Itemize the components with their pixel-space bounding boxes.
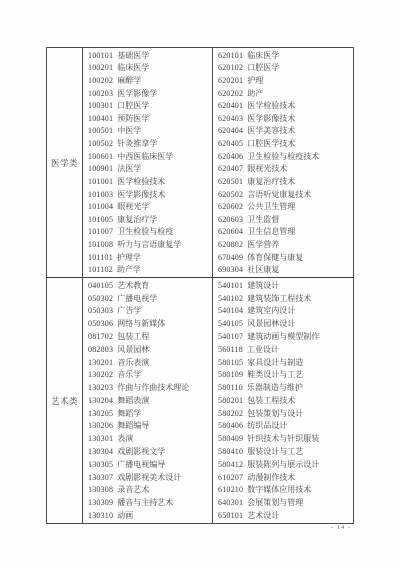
major-row: 620102口腔医学 (218, 63, 353, 72)
major-row: 101008听力与言语康复学 (88, 240, 212, 249)
major-code: 540104 (218, 306, 243, 315)
major-row: 580202包装策划与设计 (218, 409, 353, 418)
major-row: 620202助产 (218, 89, 353, 98)
major-name: 广播电视编导 (117, 460, 165, 469)
major-row: 130205舞蹈学 (88, 409, 212, 418)
major-code: 101102 (88, 265, 113, 274)
major-name: 麻醉学 (117, 76, 141, 85)
major-code: 620403 (218, 114, 243, 123)
major-row: 040105艺术教育 (88, 281, 212, 290)
page-number: - 14 - (323, 524, 359, 531)
major-name: 临床医学 (117, 63, 149, 72)
major-code: 620102 (218, 63, 243, 72)
major-name: 戏剧影视美术设计 (117, 473, 181, 482)
major-name: 建筑装饰工程技术 (247, 294, 311, 303)
major-row: 050302广播电视学 (88, 294, 212, 303)
major-name: 护理 (247, 76, 263, 85)
major-row: 130310动画 (88, 511, 212, 520)
major-name: 助产 (247, 89, 263, 98)
major-row: 081702包装工程 (88, 332, 212, 341)
major-code: 580409 (218, 434, 243, 443)
major-row: 620404医学美容技术 (218, 126, 353, 135)
category-label: 医学类 (47, 48, 83, 277)
major-row: 610210数字媒体应用技术 (218, 485, 353, 494)
major-name: 医学检验技术 (117, 177, 165, 186)
major-name: 纺织品设计 (247, 421, 287, 430)
major-code: 130201 (88, 358, 113, 367)
major-row: 620501康复治疗技术 (218, 177, 353, 186)
major-name: 言语听觉康复技术 (247, 190, 311, 199)
major-row: 100201临床医学 (88, 63, 212, 72)
left-majors-column: 100101基础医学100201临床医学100202麻醉学100203医学影像学… (83, 48, 213, 277)
major-code: 130305 (88, 460, 113, 469)
major-row: 050306网络与新媒体 (88, 319, 212, 328)
major-name: 中医学 (117, 126, 141, 135)
major-name: 鞋类设计与工艺 (247, 370, 303, 379)
major-code: 620405 (218, 139, 243, 148)
major-code: 620406 (218, 152, 243, 161)
category-section-medical: 医学类100101基础医学100201临床医学100202麻醉学100203医学… (47, 48, 353, 277)
major-code: 100101 (88, 51, 113, 60)
major-code: 620501 (218, 177, 243, 186)
major-name: 口腔医学 (247, 63, 279, 72)
category-section-art: 艺术类040105艺术教育050302广播电视学050303广告学050306网… (47, 277, 353, 523)
major-row: 690304社区康复 (218, 265, 353, 274)
major-row: 101101护理学 (88, 253, 212, 262)
major-code: 082803 (88, 345, 113, 354)
major-name: 口腔医学 (117, 101, 149, 110)
category-label: 艺术类 (47, 278, 83, 523)
major-code: 540105 (218, 319, 243, 328)
major-code: 100202 (88, 76, 113, 85)
right-majors-column: 620101临床医学620102口腔医学620201护理620202助产6204… (213, 48, 353, 277)
major-row: 101005康复治疗学 (88, 215, 212, 224)
major-name: 包装策划与设计 (247, 409, 303, 418)
major-name: 作曲与作曲技术理论 (117, 383, 189, 392)
major-name: 工业设计 (247, 345, 279, 354)
major-code: 101001 (88, 177, 113, 186)
major-code: 081702 (88, 332, 113, 341)
major-name: 康复治疗技术 (247, 177, 295, 186)
major-code: 050302 (88, 294, 113, 303)
major-code: 130204 (88, 396, 113, 405)
major-name: 戏剧影视文学 (117, 447, 165, 456)
major-row: 580406纺织品设计 (218, 421, 353, 430)
major-name: 卫生监督 (247, 215, 279, 224)
major-row: 101003医学影像技术 (88, 190, 212, 199)
major-code: 050303 (88, 306, 113, 315)
major-name: 护理学 (117, 253, 141, 262)
major-code: 620202 (218, 89, 243, 98)
major-row: 100202麻醉学 (88, 76, 212, 85)
major-code: 130307 (88, 473, 113, 482)
major-row: 620201护理 (218, 76, 353, 85)
major-code: 130202 (88, 370, 113, 379)
major-code: 101003 (88, 190, 113, 199)
major-row: 130304戏剧影视文学 (88, 447, 212, 456)
major-row: 130203作曲与作曲技术理论 (88, 383, 212, 392)
major-name: 包装工程 (117, 332, 149, 341)
major-name: 数字媒体应用技术 (247, 485, 311, 494)
major-name: 舞蹈学 (117, 409, 141, 418)
major-code: 040105 (88, 281, 113, 290)
major-name: 针灸推拿学 (117, 139, 157, 148)
major-name: 舞蹈编导 (117, 421, 149, 430)
major-row: 620406卫生检验与检疫技术 (218, 152, 353, 161)
major-name: 中西医临床医学 (117, 152, 173, 161)
major-name: 动漫制作技术 (247, 473, 295, 482)
major-code: 100203 (88, 89, 113, 98)
major-code: 580410 (218, 447, 243, 456)
major-name: 口腔医学技术 (247, 139, 295, 148)
major-row: 130308录音艺术 (88, 485, 212, 494)
major-row: 101007卫生检验与检疫 (88, 227, 212, 236)
major-row: 100502针灸推拿学 (88, 139, 212, 148)
major-code: 580110 (218, 383, 243, 392)
major-code: 540107 (218, 332, 243, 341)
major-code: 100501 (88, 126, 113, 135)
major-name: 助产学 (117, 265, 141, 274)
major-code: 620604 (218, 227, 243, 236)
major-name: 法医学 (117, 164, 141, 173)
major-row: 082803风景园林 (88, 345, 212, 354)
right-majors-column: 540101建筑设计540102建筑装饰工程技术540104建筑室内设计5401… (213, 278, 353, 523)
major-row: 130204舞蹈表演 (88, 396, 212, 405)
major-code: 100502 (88, 139, 113, 148)
left-majors-column: 040105艺术教育050302广播电视学050303广告学050306网络与新… (83, 278, 213, 523)
major-name: 卫生信息管理 (247, 227, 295, 236)
major-code: 610207 (218, 473, 243, 482)
major-row: 670409体育保健与康复 (218, 253, 353, 262)
major-code: 050306 (88, 319, 113, 328)
major-row: 580412服装陈列与展示设计 (218, 460, 353, 469)
major-name: 风景园林 (117, 345, 149, 354)
majors-table: 医学类100101基础医学100201临床医学100202麻醉学100203医学… (46, 47, 354, 524)
major-name: 针织技术与针织服装 (247, 434, 319, 443)
major-row: 100401预防医学 (88, 114, 212, 123)
major-name: 乐器制造与维护 (247, 383, 303, 392)
major-code: 620802 (218, 240, 243, 249)
major-row: 580201包装工程技术 (218, 396, 353, 405)
major-row: 101102助产学 (88, 265, 212, 274)
major-name: 医学检验技术 (247, 101, 295, 110)
major-code: 620404 (218, 126, 243, 135)
major-code: 100201 (88, 63, 113, 72)
major-name: 舞蹈表演 (117, 396, 149, 405)
major-name: 眼视光技术 (247, 164, 287, 173)
major-name: 医学营养 (247, 240, 279, 249)
major-code: 620201 (218, 76, 243, 85)
major-name: 音乐学 (117, 370, 141, 379)
major-name: 服装设计与工艺 (247, 447, 303, 456)
major-row: 100203医学影像学 (88, 89, 212, 98)
major-code: 100601 (88, 152, 113, 161)
major-code: 101007 (88, 227, 113, 236)
major-code: 580202 (218, 409, 243, 418)
major-name: 医学美容技术 (247, 126, 295, 135)
major-code: 580105 (218, 358, 243, 367)
major-code: 130206 (88, 421, 113, 430)
major-name: 录音艺术 (117, 485, 149, 494)
major-code: 130205 (88, 409, 113, 418)
major-code: 100901 (88, 164, 113, 173)
document-page: 医学类100101基础医学100201临床医学100202麻醉学100203医学… (0, 0, 400, 566)
major-row: 130201音乐表演 (88, 358, 212, 367)
major-name: 家具设计与制造 (247, 358, 303, 367)
major-row: 130301表演 (88, 434, 212, 443)
major-name: 风景园林设计 (247, 319, 295, 328)
major-code: 100301 (88, 101, 113, 110)
major-name: 医学影像技术 (117, 190, 165, 199)
major-row: 580110乐器制造与维护 (218, 383, 353, 392)
major-row: 620405口腔医学技术 (218, 139, 353, 148)
major-name: 临床医学 (247, 51, 279, 60)
major-code: 130203 (88, 383, 113, 392)
major-code: 670409 (218, 253, 243, 262)
major-code: 620407 (218, 164, 243, 173)
major-code: 540101 (218, 281, 243, 290)
major-name: 建筑设计 (247, 281, 279, 290)
major-code: 101005 (88, 215, 113, 224)
major-code: 620603 (218, 215, 243, 224)
major-name: 广告学 (117, 306, 141, 315)
major-row: 101004眼视光学 (88, 202, 212, 211)
major-row: 620407眼视光技术 (218, 164, 353, 173)
major-name: 建筑室内设计 (247, 306, 295, 315)
major-row: 650101艺术设计 (218, 511, 353, 520)
major-row: 540102建筑装饰工程技术 (218, 294, 353, 303)
major-row: 100601中西医临床医学 (88, 152, 212, 161)
major-row: 640301会展策划与管理 (218, 498, 353, 507)
major-row: 620502言语听觉康复技术 (218, 190, 353, 199)
major-code: 620101 (218, 51, 243, 60)
major-row: 620604卫生信息管理 (218, 227, 353, 236)
major-code: 130301 (88, 434, 113, 443)
major-name: 表演 (117, 434, 133, 443)
major-row: 580410服装设计与工艺 (218, 447, 353, 456)
major-code: 580109 (218, 370, 243, 379)
major-row: 130309播音与主持艺术 (88, 498, 212, 507)
major-code: 130304 (88, 447, 113, 456)
major-name: 动画 (117, 511, 133, 520)
major-code: 650101 (218, 511, 243, 520)
major-row: 130206舞蹈编导 (88, 421, 212, 430)
major-row: 580105家具设计与制造 (218, 358, 353, 367)
major-name: 服装陈列与展示设计 (247, 460, 319, 469)
major-name: 卫生检验与检疫技术 (247, 152, 319, 161)
major-name: 艺术设计 (247, 511, 279, 520)
major-code: 580406 (218, 421, 243, 430)
major-name: 建筑动画与模型制作 (247, 332, 319, 341)
major-name: 网络与新媒体 (117, 319, 165, 328)
major-row: 610207动漫制作技术 (218, 473, 353, 482)
major-name: 预防医学 (117, 114, 149, 123)
major-row: 560118工业设计 (218, 345, 353, 354)
major-code: 130310 (88, 511, 113, 520)
major-code: 101008 (88, 240, 113, 249)
major-row: 540104建筑室内设计 (218, 306, 353, 315)
major-code: 620502 (218, 190, 243, 199)
major-name: 会展策划与管理 (247, 498, 303, 507)
major-row: 540107建筑动画与模型制作 (218, 332, 353, 341)
major-row: 130305广播电视编导 (88, 460, 212, 469)
major-code: 540102 (218, 294, 243, 303)
major-code: 100401 (88, 114, 113, 123)
major-code: 620602 (218, 202, 243, 211)
major-name: 社区康复 (247, 265, 279, 274)
major-row: 620802医学营养 (218, 240, 353, 249)
major-row: 100301口腔医学 (88, 101, 212, 110)
major-name: 体育保健与康复 (247, 253, 303, 262)
major-row: 100501中医学 (88, 126, 212, 135)
major-name: 播音与主持艺术 (117, 498, 173, 507)
major-name: 康复治疗学 (117, 215, 157, 224)
major-code: 610210 (218, 485, 243, 494)
major-name: 音乐表演 (117, 358, 149, 367)
major-row: 580409针织技术与针织服装 (218, 434, 353, 443)
major-code: 640301 (218, 498, 243, 507)
major-name: 眼视光学 (117, 202, 149, 211)
major-row: 130202音乐学 (88, 370, 212, 379)
major-code: 101101 (88, 253, 113, 262)
major-row: 580109鞋类设计与工艺 (218, 370, 353, 379)
major-row: 540101建筑设计 (218, 281, 353, 290)
major-name: 包装工程技术 (247, 396, 295, 405)
major-code: 580201 (218, 396, 243, 405)
major-row: 100901法医学 (88, 164, 212, 173)
major-row: 620403医学影像技术 (218, 114, 353, 123)
major-name: 基础医学 (117, 51, 149, 60)
major-name: 艺术教育 (117, 281, 149, 290)
major-name: 公共卫生管理 (247, 202, 295, 211)
major-name: 广播电视学 (117, 294, 157, 303)
major-code: 130308 (88, 485, 113, 494)
major-code: 560118 (218, 345, 243, 354)
major-row: 620603卫生监督 (218, 215, 353, 224)
major-code: 690304 (218, 265, 243, 274)
major-name: 听力与言语康复学 (117, 240, 181, 249)
major-row: 620602公共卫生管理 (218, 202, 353, 211)
major-row: 100101基础医学 (88, 51, 212, 60)
major-row: 540105风景园林设计 (218, 319, 353, 328)
major-row: 130307戏剧影视美术设计 (88, 473, 212, 482)
major-row: 050303广告学 (88, 306, 212, 315)
major-row: 101001医学检验技术 (88, 177, 212, 186)
major-code: 580412 (218, 460, 243, 469)
major-row: 620101临床医学 (218, 51, 353, 60)
major-name: 医学影像技术 (247, 114, 295, 123)
major-name: 医学影像学 (117, 89, 157, 98)
major-code: 620401 (218, 101, 243, 110)
major-row: 620401医学检验技术 (218, 101, 353, 110)
major-code: 101004 (88, 202, 113, 211)
major-code: 130309 (88, 498, 113, 507)
major-name: 卫生检验与检疫 (117, 227, 173, 236)
